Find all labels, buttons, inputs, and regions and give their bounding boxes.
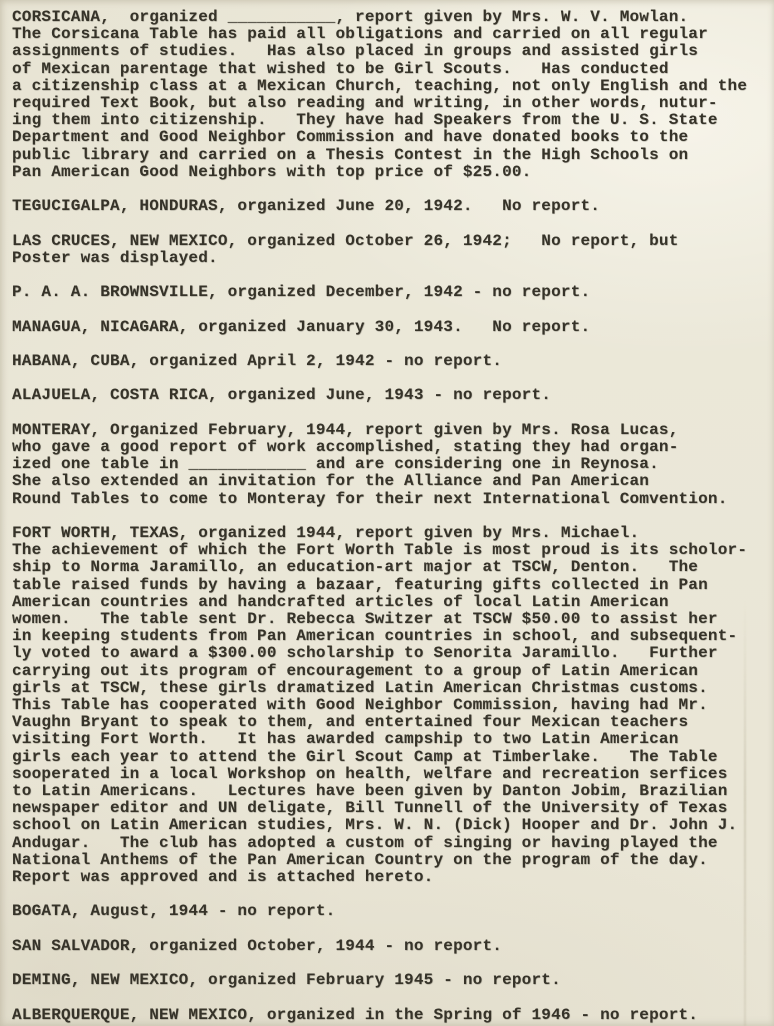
document-body: CORSICANA, organized ___________, report… <box>12 9 774 1024</box>
paragraph-fort-worth: FORT WORTH, TEXAS, organized 1944, repor… <box>12 525 774 886</box>
paragraph-brownsville: P. A. A. BROWNSVILLE, organized December… <box>12 284 774 301</box>
paragraph-alajuela: ALAJUELA, COSTA RICA, organized June, 19… <box>12 387 774 404</box>
paragraph-deming: DEMING, NEW MEXICO, organized February 1… <box>12 972 774 989</box>
paragraph-corsicana: CORSICANA, organized ___________, report… <box>12 9 774 181</box>
paragraph-tegucigalpa: TEGUCIGALPA, HONDURAS, organized June 20… <box>12 198 774 215</box>
paragraph-alberquerque: ALBERQUERQUE, NEW MEXICO, organized in t… <box>12 1007 774 1024</box>
paragraph-monteray: MONTERAY, Organized February, 1944, repo… <box>12 422 774 508</box>
typewritten-page: CORSICANA, organized ___________, report… <box>0 0 774 1026</box>
paragraph-las-cruces: LAS CRUCES, NEW MEXICO, organized Octobe… <box>12 233 774 267</box>
paragraph-managua: MANAGUA, NICAGARA, organized January 30,… <box>12 319 774 336</box>
paragraph-bogata: BOGATA, August, 1944 - no report. <box>12 903 774 920</box>
paragraph-san-salvador: SAN SALVADOR, organized October, 1944 - … <box>12 938 774 955</box>
paragraph-habana: HABANA, CUBA, organized April 2, 1942 - … <box>12 353 774 370</box>
